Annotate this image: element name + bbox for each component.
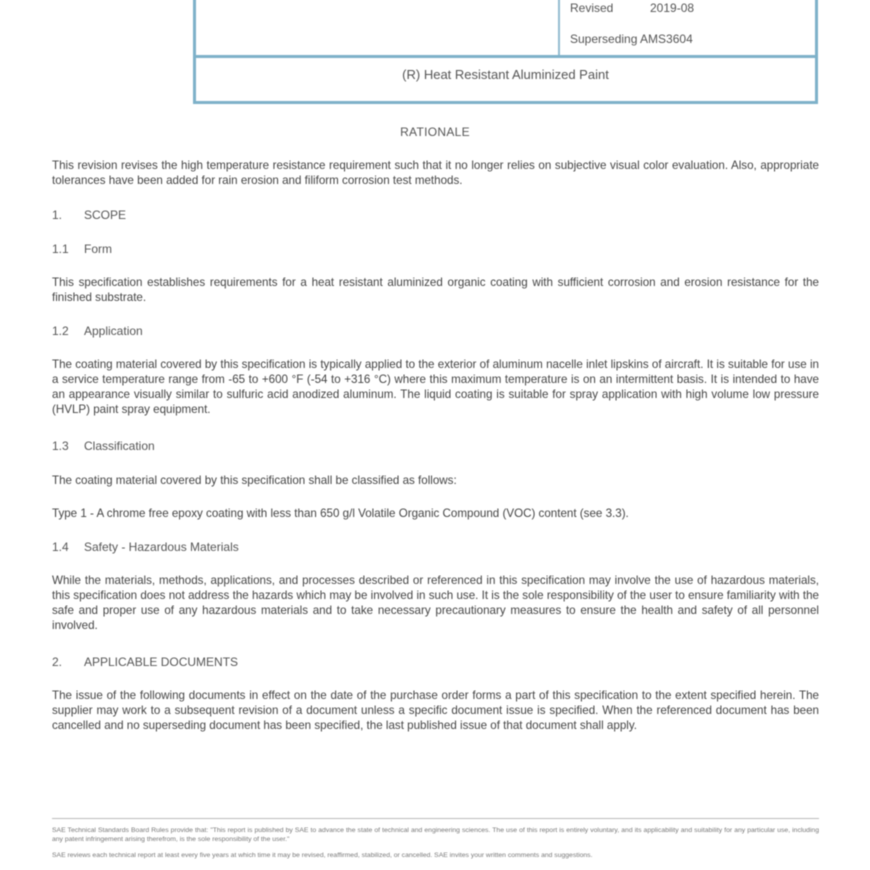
footer-note-review: SAE reviews each technical report at lea… (52, 851, 819, 860)
document-page: Revised 2019-08 Superseding AMS3604 (R) … (0, 0, 870, 870)
section-number: 1.3 (52, 439, 84, 453)
section-title: Classification (84, 439, 155, 453)
header-box: Revised 2019-08 Superseding AMS3604 (R) … (193, 0, 818, 104)
section-1-1-text: This specification establishes requireme… (52, 275, 819, 305)
section-number: 1.1 (52, 242, 84, 256)
section-1-3-heading: 1.3Classification (52, 439, 155, 453)
header-meta: Revised 2019-08 Superseding AMS3604 (558, 0, 815, 55)
meta-value: 2019-08 (650, 1, 694, 15)
section-2-heading: 2.APPLICABLE DOCUMENTS (52, 655, 238, 669)
section-1-2-heading: 1.2Application (52, 324, 143, 338)
section-title: APPLICABLE DOCUMENTS (84, 655, 238, 669)
section-1-4-heading: 1.4Safety - Hazardous Materials (52, 540, 239, 554)
section-1-2-text: The coating material covered by this spe… (52, 357, 819, 417)
document-title: (R) Heat Resistant Aluminized Paint (196, 67, 815, 82)
section-title: Application (84, 324, 143, 338)
footer-divider (52, 818, 819, 819)
section-title: Safety - Hazardous Materials (84, 540, 239, 554)
section-number: 1.2 (52, 324, 84, 338)
section-title: SCOPE (84, 208, 126, 222)
footer-note-rules: SAE Technical Standards Board Rules prov… (52, 826, 819, 844)
section-1-4-text: While the materials, methods, applicatio… (52, 573, 819, 633)
section-1-3-text: The coating material covered by this spe… (52, 473, 819, 488)
section-number: 1.4 (52, 540, 84, 554)
rationale-heading: RATIONALE (0, 125, 870, 139)
meta-revised: Revised 2019-08 (570, 1, 694, 15)
section-1-heading: 1.SCOPE (52, 208, 126, 222)
rationale-text: This revision revises the high temperatu… (52, 158, 819, 188)
section-title: Form (84, 242, 112, 256)
meta-label: Superseding AMS3604 (570, 32, 693, 46)
section-2-text: The issue of the following documents in … (52, 688, 819, 733)
section-number: 2. (52, 655, 84, 669)
section-1-3-type1: Type 1 - A chrome free epoxy coating wit… (52, 506, 819, 521)
header-top: Revised 2019-08 Superseding AMS3604 (196, 0, 815, 58)
section-1-1-heading: 1.1Form (52, 242, 112, 256)
meta-superseding: Superseding AMS3604 (570, 32, 693, 46)
meta-label: Revised (570, 1, 650, 15)
section-number: 1. (52, 208, 84, 222)
